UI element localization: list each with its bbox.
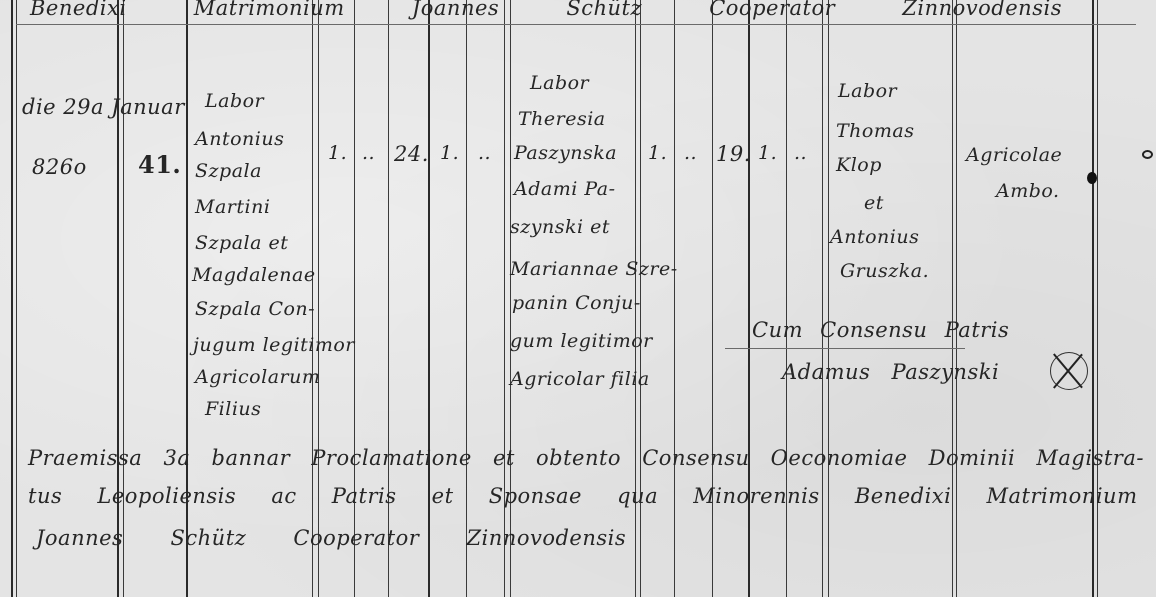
consent-line-1: Cum Consensu Patris [752,318,1009,342]
consent-line-2: Adamus Paszynski [782,360,999,384]
bride-occupation: Labor [530,72,589,94]
entry-year: 826o [32,155,87,179]
bride-legitimacy: gum legitimor [510,330,653,352]
witness-occupation-label: Labor [838,80,897,102]
footer-line-3: Joannes Schütz Cooperator Zinnovodensis [36,526,626,550]
groom-mother: Magdalenae [192,264,316,286]
witness-occupation-1: Agricolae [966,144,1062,166]
groom-surname: Szpala [195,160,262,182]
bride-father-surname: szynski et [510,216,610,238]
footer-line-2: tus Leopoliensis ac Patris et Sponsae qu… [28,484,1138,508]
groom-other-religion: .. [362,142,375,164]
groom-parents-occupation: Agricolarum [195,366,320,388]
footer-line-1: Praemissa 3a bannar Proclamatione et obt… [28,446,1144,470]
column-rule [11,0,13,597]
groom-single: 1. [440,142,459,164]
groom-occupation: Labor [205,90,264,112]
bride-mother: Mariannae Szre- [510,258,678,280]
witness-1-surname: Klop [836,154,882,176]
bride-other-religion: .. [684,142,697,164]
witness-2-name: Antonius [830,226,919,248]
column-rule [16,0,17,597]
margin-mark [1142,150,1153,159]
ink-blot [1087,172,1097,184]
groom-father: Martini [195,196,270,218]
witness-1-name: Thomas [836,120,914,142]
house-number: 41. [138,150,181,179]
groom-father-surname: Szpala et [195,232,288,254]
bride-surname: Paszynska [514,142,617,164]
bride-mother-surname: panin Conju- [512,292,641,314]
register-page: Benedixi Matrimonium Joannes Schütz Coop… [0,0,1156,597]
signature-cross-mark [1050,352,1088,390]
groom-legitimacy: jugum legitimor [193,334,355,356]
bride-catholic: 1. [648,142,667,164]
header-continuation: Benedixi Matrimonium Joannes Schütz Coop… [30,0,1062,20]
groom-name: Antonius [195,128,284,150]
groom-widowed: .. [478,142,491,164]
row-rule [16,24,1136,25]
bride-age: 19. [716,142,751,166]
witness-conjunction: et [864,192,884,214]
groom-catholic: 1. [328,142,347,164]
bride-single: 1. [758,142,777,164]
bride-widowed: .. [794,142,807,164]
entry-date: die 29a Januar [22,95,185,119]
bride-parents-occupation: Agricolar filia [510,368,650,390]
bride-father: Adami Pa- [514,178,616,200]
groom-relation: Filius [205,398,261,420]
bride-name: Theresia [518,108,606,130]
row-rule [725,348,965,349]
witness-occupation-2: Ambo. [996,180,1060,202]
groom-mother-surname: Szpala Con- [195,298,315,320]
witness-2-surname: Gruszka. [840,260,929,282]
groom-age: 24. [394,142,429,166]
